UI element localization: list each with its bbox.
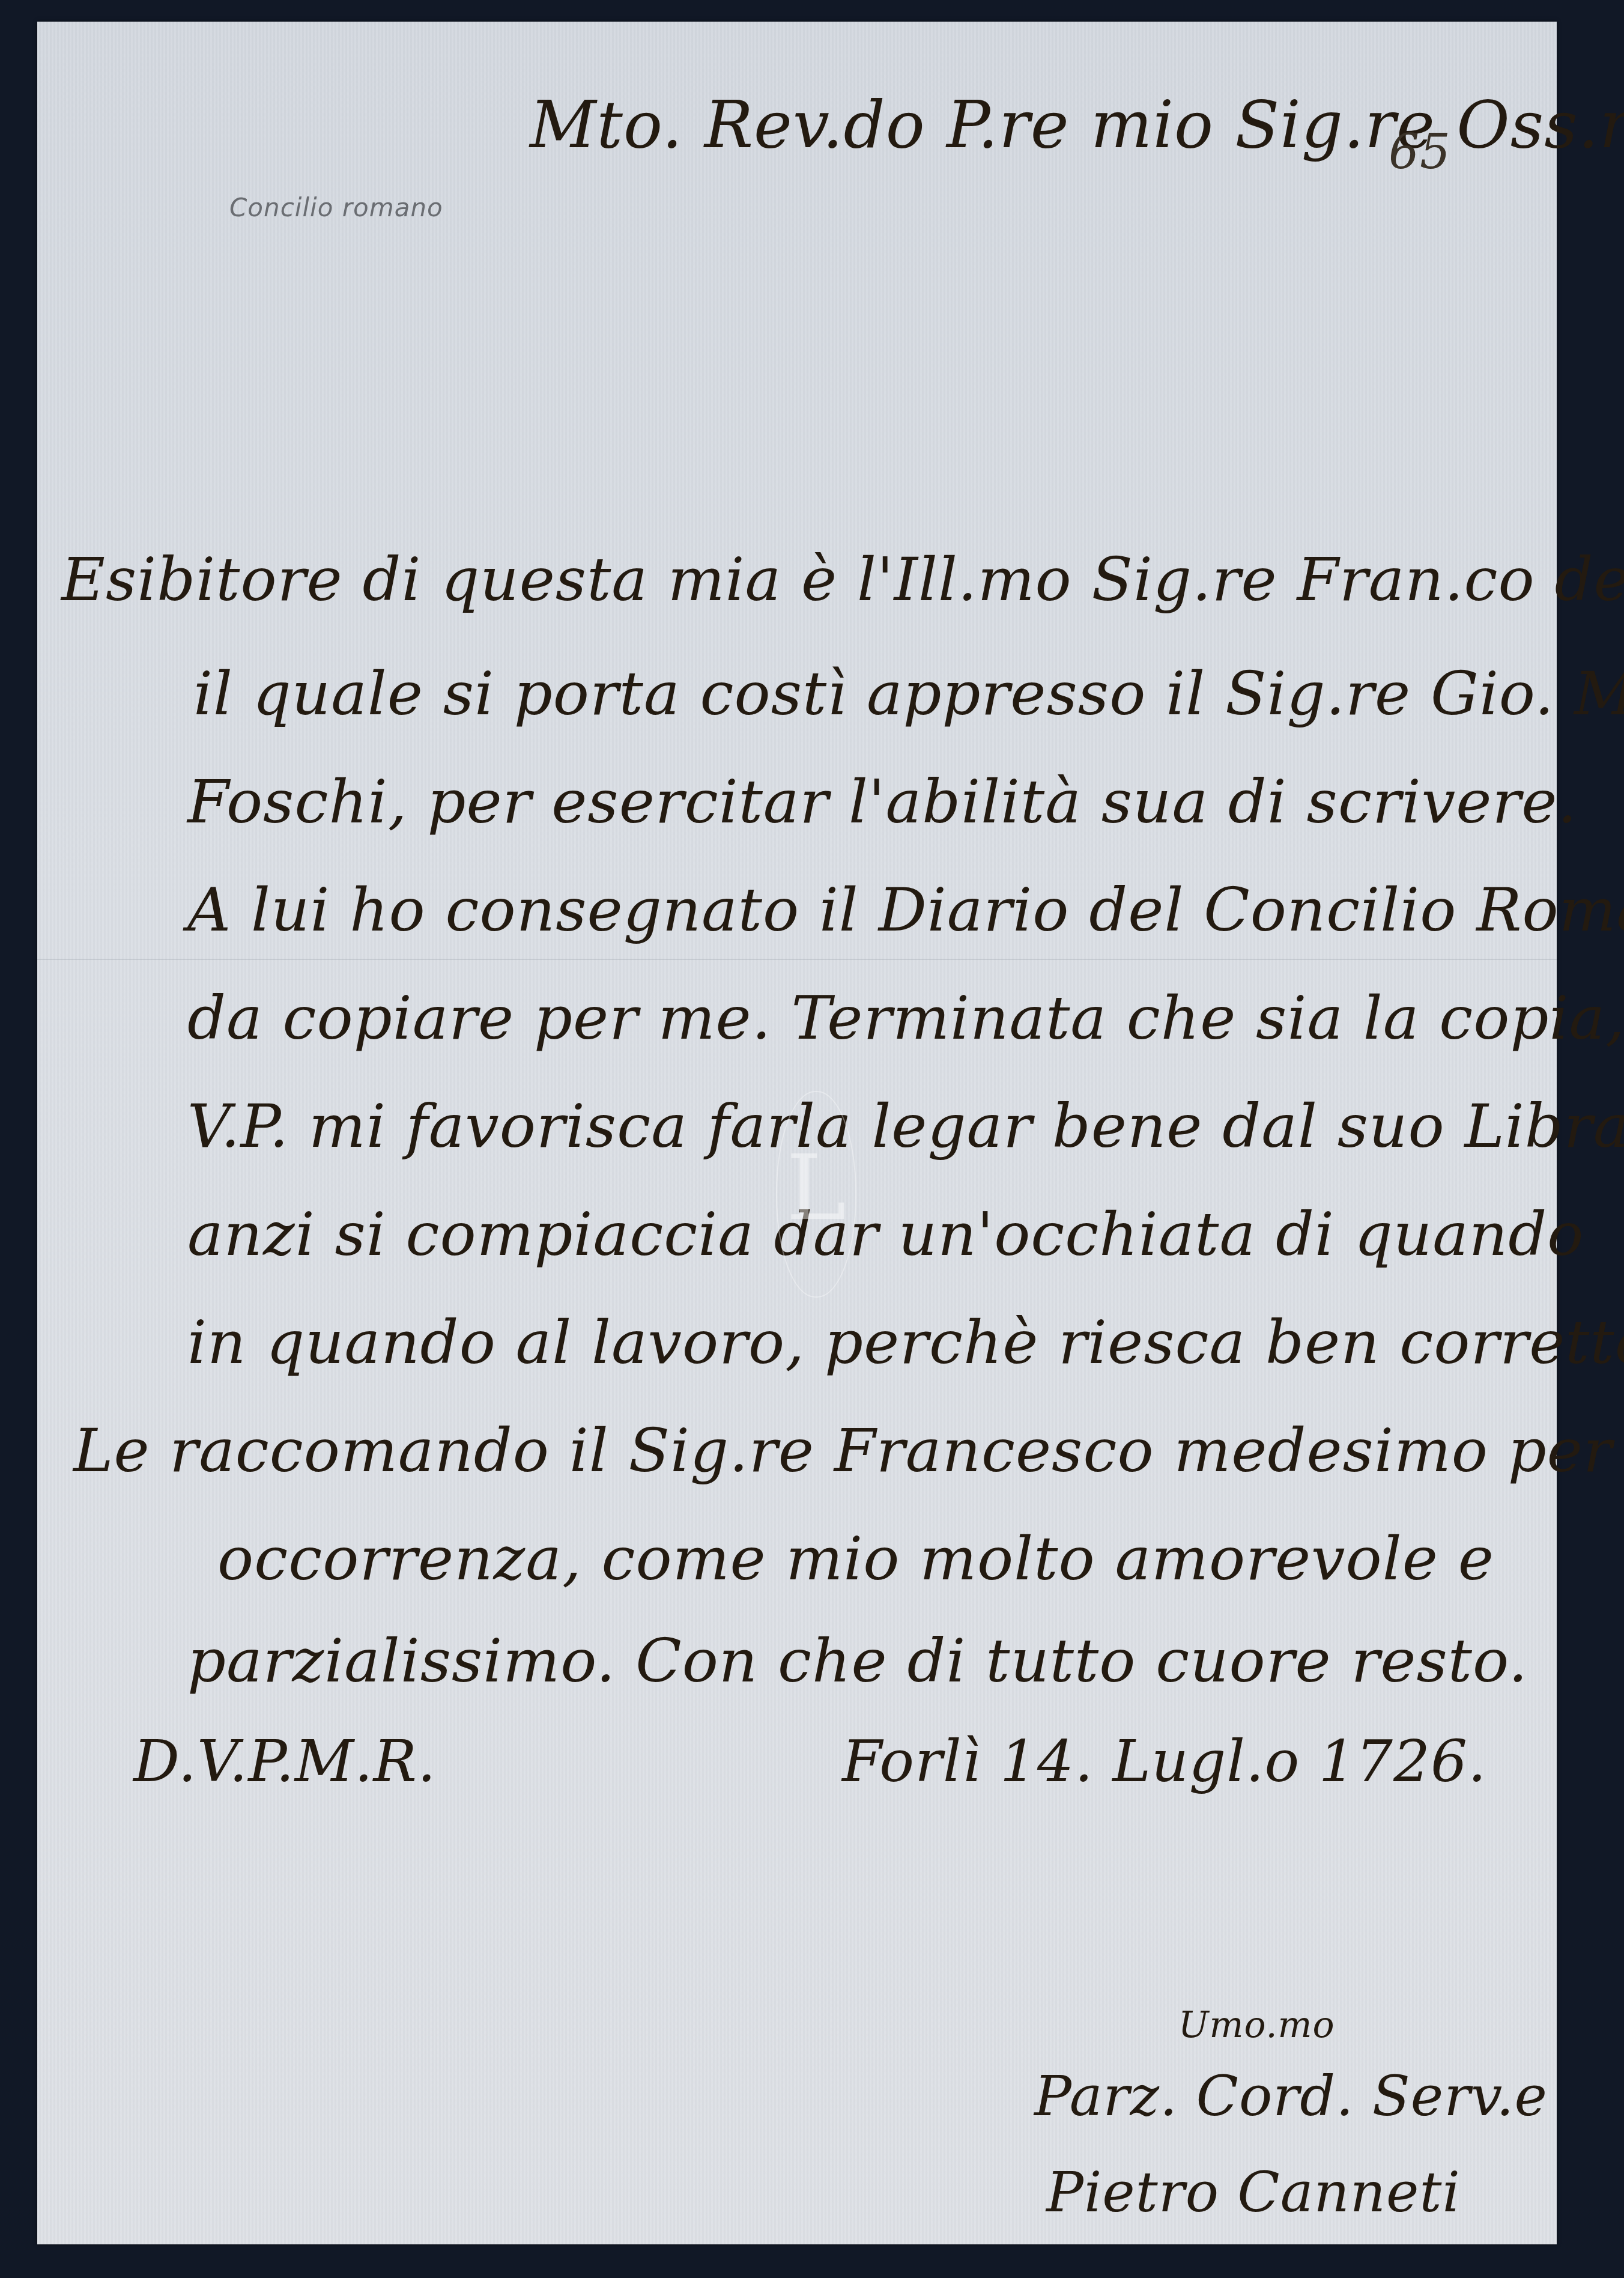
body-line: Le raccomando il Sig.re Francesco medesi… xyxy=(73,1415,1624,1486)
signature: Pietro Canneti xyxy=(1046,2160,1461,2225)
body-line: il quale si porta costì appresso il Sig.… xyxy=(193,658,1624,729)
closing-formula: Parz. Cord. Serv.e xyxy=(1034,2064,1548,2128)
salutation: Mto. Rev.do P.re mio Sig.re Oss.mo xyxy=(530,88,1624,163)
body-line: Foschi, per esercitar l'abilità sua di s… xyxy=(187,767,1577,837)
paper-fold-line xyxy=(37,959,1557,960)
body-line: anzi si compiaccia dar un'occhiata di qu… xyxy=(187,1199,1584,1269)
closing-superscript: Umo.mo xyxy=(1178,2004,1335,2046)
folio-number: 65 xyxy=(1389,124,1451,180)
body-line: A lui ho consegnato il Diario del Concil… xyxy=(187,875,1624,945)
body-line: occorrenza, come mio molto amorevole e xyxy=(217,1523,1494,1594)
addressee-abbreviation: D.V.P.M.R. xyxy=(133,1728,436,1795)
body-line: V.P. mi favorisca farla legar bene dal s… xyxy=(187,1091,1624,1161)
body-line: da copiare per me. Terminata che sia la … xyxy=(187,983,1624,1053)
body-line: in quando al lavoro, perchè riesca ben c… xyxy=(187,1307,1624,1377)
body-line: parzialissimo. Con che di tutto cuore re… xyxy=(187,1626,1528,1696)
letter-sheet: Mto. Rev.do P.re mio Sig.re Oss.mo 65 Co… xyxy=(37,22,1557,2244)
place-date: Forlì 14. Lugl.o 1726. xyxy=(842,1728,1487,1795)
archival-pencil-note: Concilio romano xyxy=(229,193,443,222)
watermark-logo: L xyxy=(776,1091,856,1298)
body-line: Esibitore di questa mia è l'Ill.mo Sig.r… xyxy=(61,544,1624,615)
